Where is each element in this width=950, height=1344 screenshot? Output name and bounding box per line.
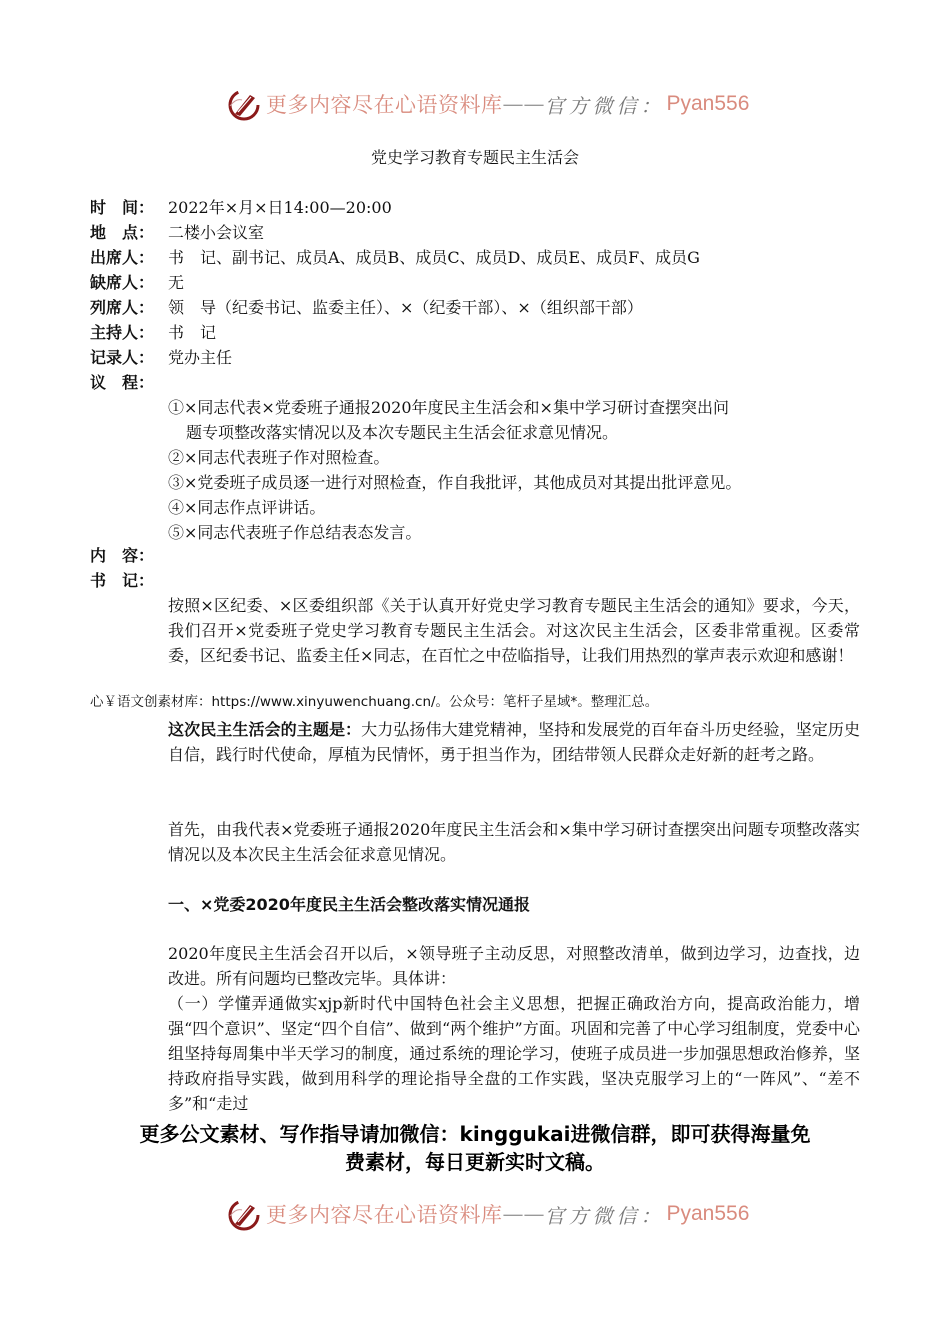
meta-label: 地 点： <box>90 220 168 245</box>
meta-row-host: 主持人： 书 记 <box>90 320 870 345</box>
meta-value: 党办主任 <box>168 345 232 370</box>
footer-banner: 更多内容尽在心语资料库 —— 官方微信： Pyan556 <box>226 1194 749 1234</box>
section-heading: 一、×党委2020年度民主生活会整改落实情况通报 <box>168 892 530 915</box>
agenda-item-text: ⑤×同志代表班子作总结表态发言。 <box>168 523 421 542</box>
meta-value: 书 记、副书记、成员A、成员B、成员C、成员D、成员E、成员F、成员G <box>168 245 700 270</box>
meta-row-time: 时 间： 2022年×月×日14:00—20:00 <box>90 195 870 220</box>
theme-paragraph: 这次民主生活会的主题是：大力弘扬伟大建党精神，坚持和发展党的百年奋斗历史经验，坚… <box>168 717 860 767</box>
meta-row-absent: 缺席人： 无 <box>90 270 870 295</box>
agenda-list: ①×同志代表×党委班子通报2020年度民主生活会和×集中学习研讨查摆突出问 题专… <box>168 395 868 545</box>
promo-line: 费素材，每日更新实时文稿。 <box>90 1148 860 1176</box>
promo-text: 更多公文素材、写作指导请加微信：kinggukai进微信群，即可获得海量免 费素… <box>90 1120 860 1176</box>
agenda-item-text: ②×同志代表班子作对照检查。 <box>168 448 389 467</box>
meta-row-observers: 列席人： 领 导（纪委书记、监委主任）、×（纪委干部）、×（组织部干部） <box>90 295 870 320</box>
agenda-item-continuation: 题专项整改落实情况以及本次专题民主生活会征求意见情况。 <box>168 420 868 445</box>
document-title: 党史学习教育专题民主生活会 <box>0 145 950 168</box>
header-banner: 更多内容尽在心语资料库 —— 官方微信： Pyan556 <box>226 84 749 124</box>
meta-label: 时 间： <box>90 195 168 220</box>
banner-wechat-label: 官方微信： <box>545 90 665 119</box>
agenda-item: ④×同志作点评讲话。 <box>168 495 868 520</box>
agenda-item-text: ①×同志代表×党委班子通报2020年度民主生活会和×集中学习研讨查摆突出问 <box>168 398 729 417</box>
meta-label: 缺席人： <box>90 270 168 295</box>
agenda-item: ③×党委班子成员逐一进行对照检查，作自我批评，其他成员对其提出批评意见。 <box>168 470 868 495</box>
agenda-item: ⑤×同志代表班子作总结表态发言。 <box>168 520 868 545</box>
banner-wechat-id: Pyan556 <box>667 92 750 116</box>
subsection-paragraph: （一）学懂弄通做实xjp新时代中国特色社会主义思想，把握正确政治方向，提高政治能… <box>168 991 860 1116</box>
section-intro: 2020年度民主生活会召开以后，×领导班子主动反思，对照整改清单，做到边学习，边… <box>168 941 860 991</box>
meta-label: 议 程： <box>90 370 168 395</box>
quill-pen-logo-icon <box>226 86 262 122</box>
meeting-meta: 时 间： 2022年×月×日14:00—20:00 地 点： 二楼小会议室 出席… <box>90 195 870 395</box>
promo-line: 更多公文素材、写作指导请加微信：kinggukai进微信群，即可获得海量免 <box>90 1120 860 1148</box>
meta-label: 出席人： <box>90 245 168 270</box>
agenda-item-text: ③×党委班子成员逐一进行对照检查，作自我批评，其他成员对其提出批评意见。 <box>168 473 741 492</box>
theme-lead: 这次民主生活会的主题是： <box>168 720 361 739</box>
meta-label: 主持人： <box>90 320 168 345</box>
meta-value: 2022年×月×日14:00—20:00 <box>168 195 392 220</box>
banner-title: 更多内容尽在心语资料库 <box>266 89 503 119</box>
meta-value: 二楼小会议室 <box>168 220 264 245</box>
meta-label: 列席人： <box>90 295 168 320</box>
banner-dash: —— <box>503 1202 545 1226</box>
meta-row-attendees: 出席人： 书 记、副书记、成员A、成员B、成员C、成员D、成员E、成员F、成员G <box>90 245 870 270</box>
meta-row-agenda: 议 程： <box>90 370 870 395</box>
source-line: 心￥语文创素材库：https://www.xinyuwenchuang.cn/。… <box>90 692 658 712</box>
agenda-item-text: ④×同志作点评讲话。 <box>168 498 325 517</box>
meta-value: 领 导（纪委书记、监委主任）、×（纪委干部）、×（组织部干部） <box>168 295 643 320</box>
first-paragraph: 首先，由我代表×党委班子通报2020年度民主生活会和×集中学习研讨查摆突出问题专… <box>168 817 860 867</box>
meta-row-recorder: 记录人： 党办主任 <box>90 345 870 370</box>
meta-row-location: 地 点： 二楼小会议室 <box>90 220 870 245</box>
opening-paragraph: 按照×区纪委、×区委组织部《关于认真开好党史学习教育专题民主生活会的通知》要求，… <box>168 593 860 668</box>
secretary-label: 书 记： <box>90 568 154 593</box>
content-label: 内 容： <box>90 543 154 568</box>
banner-wechat-label: 官方微信： <box>545 1200 665 1229</box>
meta-value: 无 <box>168 270 184 295</box>
banner-title: 更多内容尽在心语资料库 <box>266 1199 503 1229</box>
banner-wechat-id: Pyan556 <box>667 1202 750 1226</box>
agenda-item: ②×同志代表班子作对照检查。 <box>168 445 868 470</box>
meta-value: 书 记 <box>168 320 216 345</box>
agenda-item: ①×同志代表×党委班子通报2020年度民主生活会和×集中学习研讨查摆突出问 题专… <box>168 395 868 445</box>
quill-pen-logo-icon <box>226 1196 262 1232</box>
banner-dash: —— <box>503 92 545 116</box>
meta-label: 记录人： <box>90 345 168 370</box>
